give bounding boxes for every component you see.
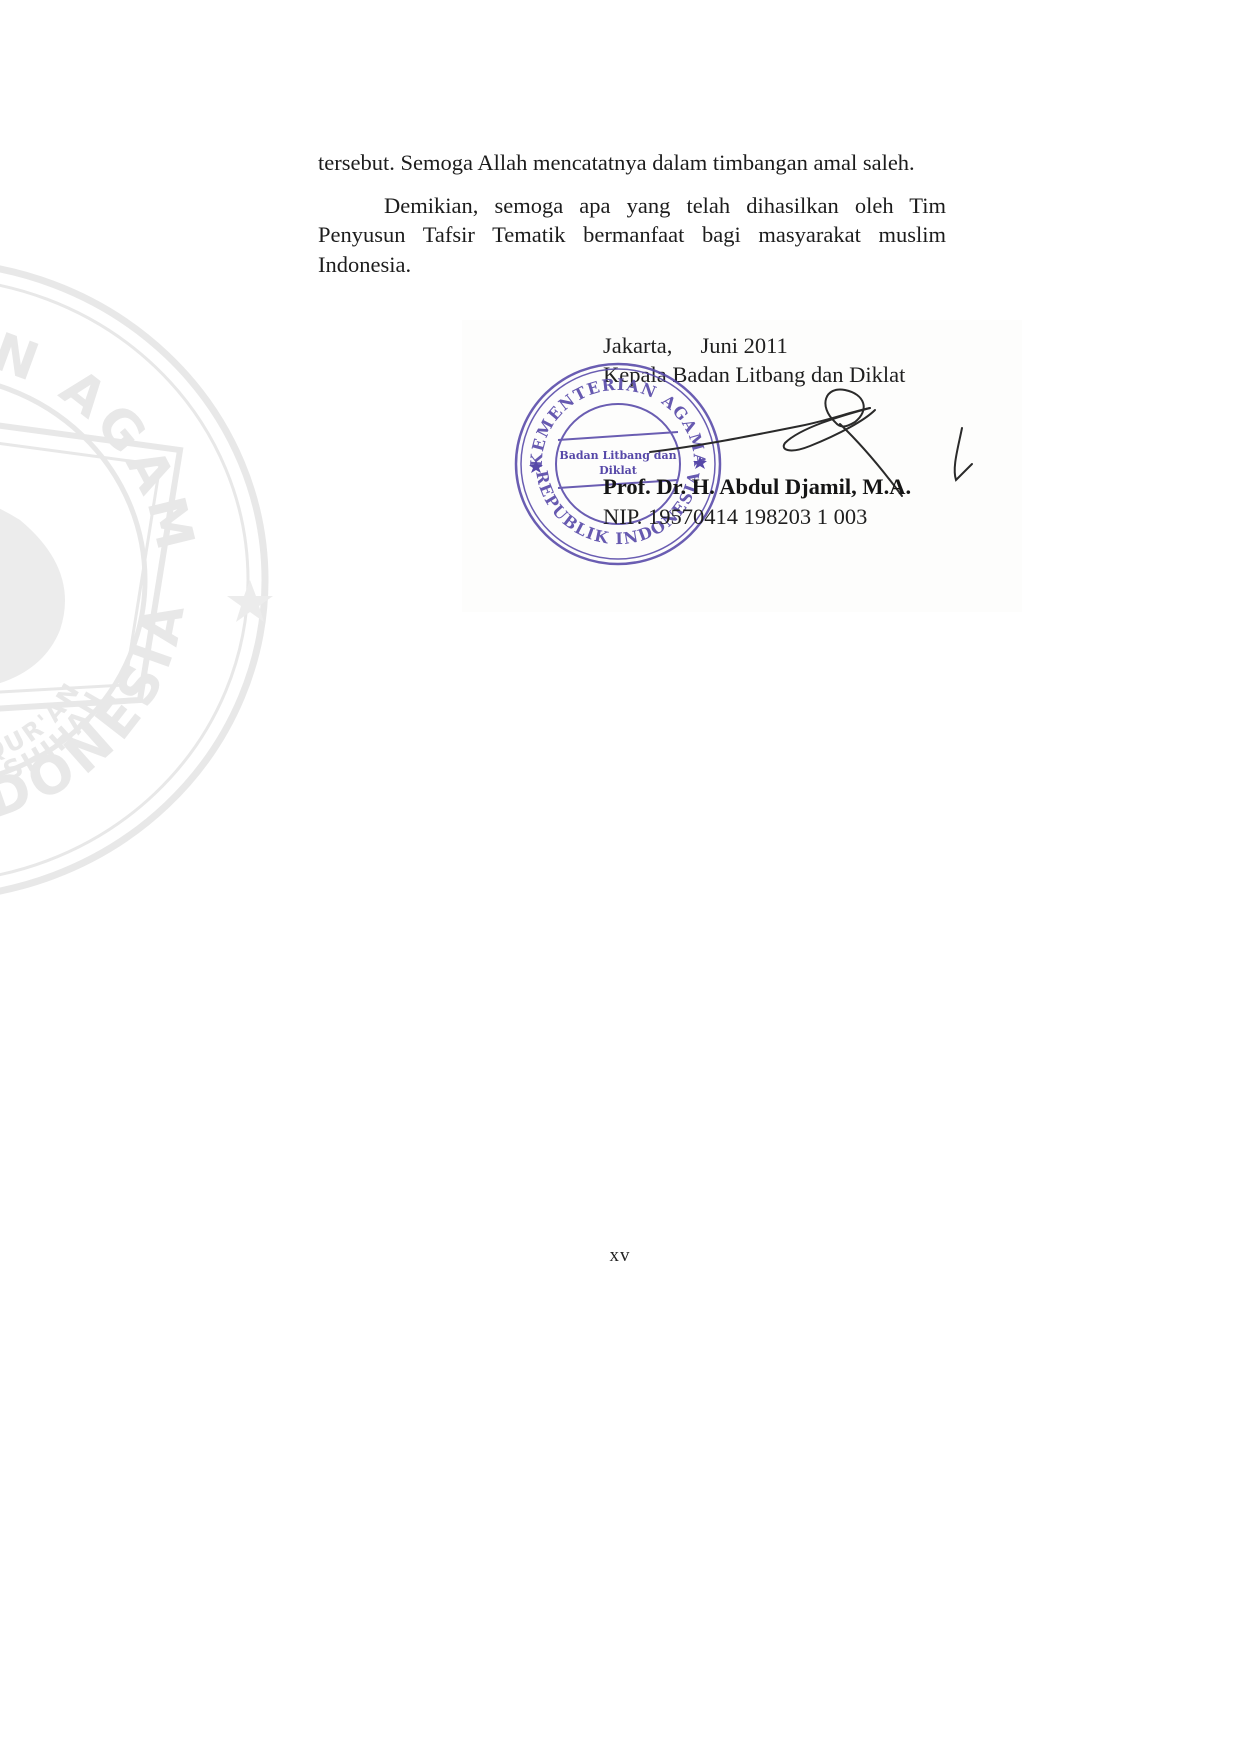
signatory-name: Prof. Dr. H. Abdul Djamil, M.A.: [603, 474, 911, 500]
page-body: tersebut. Semoga Allah mencatatnya dalam…: [318, 148, 946, 279]
signatory-position: Kepala Badan Litbang dan Diklat: [603, 362, 905, 388]
svg-text:KEMENTERIAN AGAMA: KEMENTERIAN AGAMA: [0, 250, 207, 561]
watermark-seal-icon: KEMENTERIAN AGAMA REPUBLIK INDONESIA LAJ…: [0, 250, 280, 910]
svg-text:REPUBLIK INDONESIA: REPUBLIK INDONESIA: [0, 593, 198, 838]
paragraph-closing-prayer: tersebut. Semoga Allah mencatatnya dalam…: [318, 148, 946, 178]
page-number: xv: [0, 1245, 1240, 1267]
svg-text:LAJNAH PENTASHIHAN: LAJNAH PENTASHIHAN: [0, 685, 111, 797]
svg-text:MUSHAF AL-QUR'AN: MUSHAF AL-QUR'AN: [0, 676, 87, 771]
paragraph-closing-remark: Demikian, semoga apa yang telah dihasilk…: [318, 191, 946, 280]
signature-city-date: Jakarta, Juni 2011: [603, 333, 788, 359]
signatory-nip: NIP. 19570414 198203 1 003: [603, 504, 867, 530]
